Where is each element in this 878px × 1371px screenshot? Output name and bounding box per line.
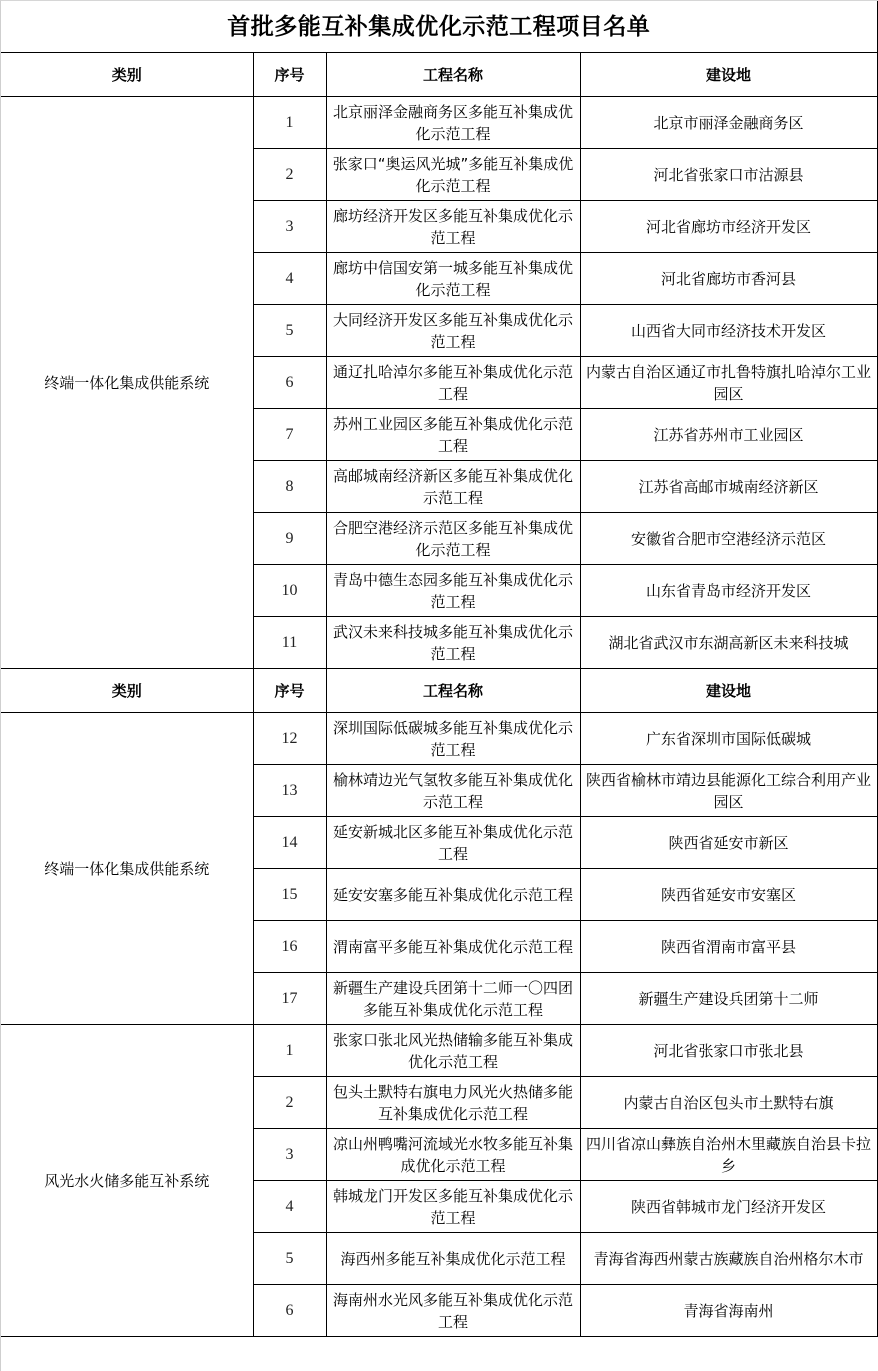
index-cell: 9 [253, 513, 326, 565]
location-cell: 陕西省韩城市龙门经济开发区 [580, 1181, 877, 1233]
project-name-cell: 廊坊中信国安第一城多能互补集成优化示范工程 [326, 253, 580, 305]
index-cell: 16 [253, 921, 326, 973]
project-name-cell: 新疆生产建设兵团第十二师一〇四团多能互补集成优化示范工程 [326, 973, 580, 1025]
category-cell: 终端一体化集成供能系统 [1, 713, 253, 1025]
table-header-row: 类别序号工程名称建设地 [1, 669, 877, 713]
project-name-cell: 延安新城北区多能互补集成优化示范工程 [326, 817, 580, 869]
header-project-name: 工程名称 [326, 53, 580, 97]
location-cell: 安徽省合肥市空港经济示范区 [580, 513, 877, 565]
project-name-cell: 武汉未来科技城多能互补集成优化示范工程 [326, 617, 580, 669]
table-row: 终端一体化集成供能系统1北京丽泽金融商务区多能互补集成优化示范工程北京市丽泽金融… [1, 97, 877, 149]
index-cell: 10 [253, 565, 326, 617]
index-cell: 15 [253, 869, 326, 921]
table-row: 终端一体化集成供能系统12深圳国际低碳城多能互补集成优化示范工程广东省深圳市国际… [1, 713, 877, 765]
header-category: 类别 [1, 53, 253, 97]
index-cell: 2 [253, 1077, 326, 1129]
location-cell: 河北省张家口市沽源县 [580, 149, 877, 201]
location-cell: 陕西省延安市新区 [580, 817, 877, 869]
location-cell: 北京市丽泽金融商务区 [580, 97, 877, 149]
project-name-cell: 青岛中德生态园多能互补集成优化示范工程 [326, 565, 580, 617]
location-cell: 广东省深圳市国际低碳城 [580, 713, 877, 765]
index-cell: 4 [253, 1181, 326, 1233]
index-cell: 13 [253, 765, 326, 817]
location-cell: 河北省廊坊市香河县 [580, 253, 877, 305]
index-cell: 17 [253, 973, 326, 1025]
project-list-table: 首批多能互补集成优化示范工程项目名单 类别序号工程名称建设地终端一体化集成供能系… [1, 1, 878, 1337]
project-name-cell: 廊坊经济开发区多能互补集成优化示范工程 [326, 201, 580, 253]
project-name-cell: 苏州工业园区多能互补集成优化示范工程 [326, 409, 580, 461]
project-name-cell: 凉山州鸭嘴河流域光水牧多能互补集成优化示范工程 [326, 1129, 580, 1181]
header-location: 建设地 [580, 53, 877, 97]
project-name-cell: 大同经济开发区多能互补集成优化示范工程 [326, 305, 580, 357]
index-cell: 1 [253, 97, 326, 149]
project-name-cell: 张家口张北风光热储输多能互补集成优化示范工程 [326, 1025, 580, 1077]
location-cell: 陕西省榆林市靖边县能源化工综合利用产业园区 [580, 765, 877, 817]
location-cell: 四川省凉山彝族自治州木里藏族自治县卡拉乡 [580, 1129, 877, 1181]
header-index: 序号 [253, 53, 326, 97]
location-cell: 山西省大同市经济技术开发区 [580, 305, 877, 357]
project-name-cell: 包头土默特右旗电力风光火热储多能互补集成优化示范工程 [326, 1077, 580, 1129]
header-project-name: 工程名称 [326, 669, 580, 713]
project-name-cell: 韩城龙门开发区多能互补集成优化示范工程 [326, 1181, 580, 1233]
project-name-cell: 海南州水光风多能互补集成优化示范工程 [326, 1285, 580, 1337]
location-cell: 陕西省延安市安塞区 [580, 869, 877, 921]
location-cell: 江苏省苏州市工业园区 [580, 409, 877, 461]
category-cell: 风光水火储多能互补系统 [1, 1025, 253, 1337]
project-name-cell: 高邮城南经济新区多能互补集成优化示范工程 [326, 461, 580, 513]
index-cell: 11 [253, 617, 326, 669]
location-cell: 山东省青岛市经济开发区 [580, 565, 877, 617]
project-name-cell: 深圳国际低碳城多能互补集成优化示范工程 [326, 713, 580, 765]
project-name-cell: 通辽扎哈淖尔多能互补集成优化示范工程 [326, 357, 580, 409]
index-cell: 12 [253, 713, 326, 765]
location-cell: 河北省廊坊市经济开发区 [580, 201, 877, 253]
table-header-row: 类别序号工程名称建设地 [1, 53, 877, 97]
project-name-cell: 海西州多能互补集成优化示范工程 [326, 1233, 580, 1285]
index-cell: 14 [253, 817, 326, 869]
index-cell: 2 [253, 149, 326, 201]
project-name-cell: 合肥空港经济示范区多能互补集成优化示范工程 [326, 513, 580, 565]
project-name-cell: 北京丽泽金融商务区多能互补集成优化示范工程 [326, 97, 580, 149]
category-cell: 终端一体化集成供能系统 [1, 97, 253, 669]
header-location: 建设地 [580, 669, 877, 713]
index-cell: 8 [253, 461, 326, 513]
header-category: 类别 [1, 669, 253, 713]
location-cell: 河北省张家口市张北县 [580, 1025, 877, 1077]
index-cell: 5 [253, 305, 326, 357]
index-cell: 4 [253, 253, 326, 305]
location-cell: 江苏省高邮市城南经济新区 [580, 461, 877, 513]
project-name-cell: 张家口“奥运风光城”多能互补集成优化示范工程 [326, 149, 580, 201]
index-cell: 1 [253, 1025, 326, 1077]
index-cell: 6 [253, 357, 326, 409]
location-cell: 新疆生产建设兵团第十二师 [580, 973, 877, 1025]
location-cell: 青海省海西州蒙古族藏族自治州格尔木市 [580, 1233, 877, 1285]
location-cell: 内蒙古自治区包头市土默特右旗 [580, 1077, 877, 1129]
index-cell: 7 [253, 409, 326, 461]
index-cell: 6 [253, 1285, 326, 1337]
project-name-cell: 渭南富平多能互补集成优化示范工程 [326, 921, 580, 973]
project-name-cell: 榆林靖边光气氢牧多能互补集成优化示范工程 [326, 765, 580, 817]
table-row: 风光水火储多能互补系统1张家口张北风光热储输多能互补集成优化示范工程河北省张家口… [1, 1025, 877, 1077]
index-cell: 3 [253, 201, 326, 253]
location-cell: 内蒙古自治区通辽市扎鲁特旗扎哈淖尔工业园区 [580, 357, 877, 409]
page-title: 首批多能互补集成优化示范工程项目名单 [1, 1, 877, 53]
index-cell: 3 [253, 1129, 326, 1181]
index-cell: 5 [253, 1233, 326, 1285]
header-index: 序号 [253, 669, 326, 713]
location-cell: 湖北省武汉市东湖高新区未来科技城 [580, 617, 877, 669]
title-row: 首批多能互补集成优化示范工程项目名单 [1, 1, 877, 53]
location-cell: 青海省海南州 [580, 1285, 877, 1337]
location-cell: 陕西省渭南市富平县 [580, 921, 877, 973]
project-name-cell: 延安安塞多能互补集成优化示范工程 [326, 869, 580, 921]
